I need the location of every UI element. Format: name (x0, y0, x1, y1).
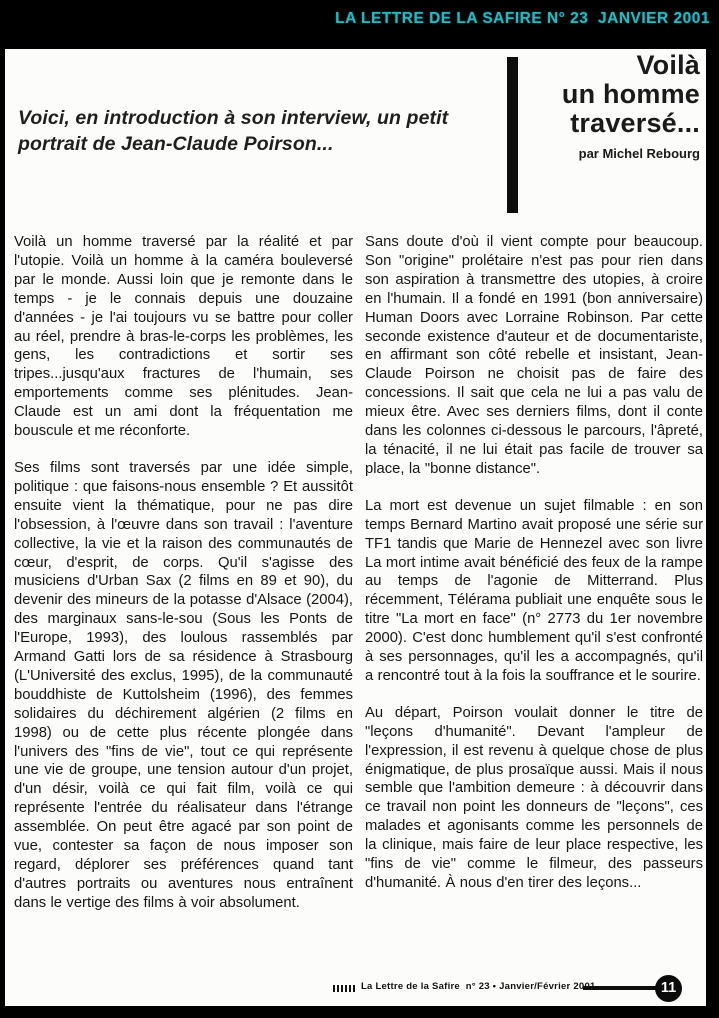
masthead-bar: LA LETTRE DE LA SAFIRE N° 23 JANVIER 200… (0, 0, 719, 49)
title-line-3: traversé... (514, 109, 700, 138)
footer-rule (583, 986, 661, 990)
paragraph: Voilà un homme traversé par la réalité e… (14, 233, 353, 441)
page: Voici, en introduction à son interview, … (5, 49, 706, 1006)
masthead-title: LA LETTRE DE LA SAFIRE N° 23 JANVIER 200… (335, 10, 710, 28)
title-line-2: un homme (514, 80, 700, 109)
article-body: Voilà un homme traversé par la réalité e… (14, 233, 703, 931)
page-number-badge: 11 (655, 975, 682, 1002)
paragraph: Ses films sont traversés par une idée si… (14, 459, 353, 913)
title-line-1: Voilà (514, 51, 700, 80)
intro-text: Voici, en introduction à son interview, … (18, 106, 494, 157)
paragraph: La mort est devenue un sujet filmable : … (365, 497, 703, 686)
left-column: Voilà un homme traversé par la réalité e… (14, 233, 353, 931)
footer-journal-line: La Lettre de la Safire n° 23 • Janvier/F… (361, 981, 596, 992)
byline: par Michel Rebourg (514, 146, 700, 161)
stripes-icon (333, 985, 355, 992)
article-title: Voilà un homme traversé... par Michel Re… (514, 51, 700, 161)
page-footer: La Lettre de la Safire n° 23 • Janvier/F… (5, 975, 706, 1005)
paragraph: Au départ, Poirson voulait donner le tit… (365, 704, 703, 893)
paragraph: Sans doute d'où il vient compte pour bea… (365, 233, 703, 479)
scanned-newsletter-page: LA LETTRE DE LA SAFIRE N° 23 JANVIER 200… (0, 0, 719, 1018)
right-column: Sans doute d'où il vient compte pour bea… (365, 233, 703, 931)
